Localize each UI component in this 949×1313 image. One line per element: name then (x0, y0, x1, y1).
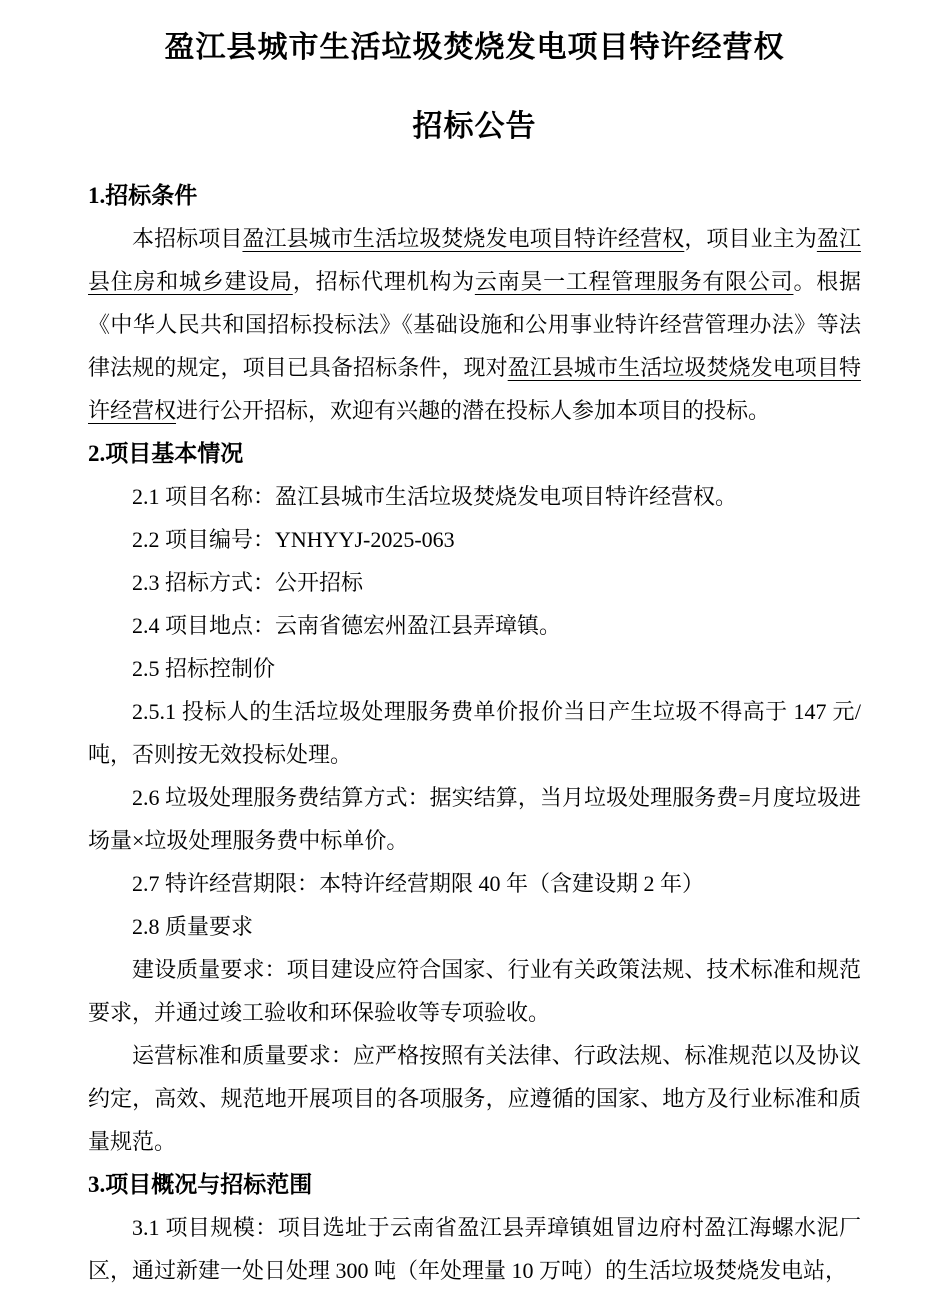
section-2-heading: 2.项目基本情况 (88, 432, 861, 475)
underlined-project-name: 盈江县城市生活垃圾焚烧发电项目特许经营权 (242, 226, 684, 251)
item-quality-requirements-heading: 2.8 质量要求 (88, 905, 861, 948)
section-1-heading: 1.招标条件 (88, 174, 861, 217)
item-settlement-method: 2.6 垃圾处理服务费结算方式：据实结算，当月垃圾处理服务费=月度垃圾进场量×垃… (88, 776, 861, 862)
item-project-name: 2.1 项目名称：盈江县城市生活垃圾焚烧发电项目特许经营权。 (88, 475, 861, 518)
text-segment: 本招标项目 (132, 226, 242, 251)
document-subtitle: 招标公告 (88, 63, 861, 142)
item-project-number: 2.2 项目编号：YNHYYJ-2025-063 (88, 518, 861, 561)
text-segment: ，招标代理机构为 (293, 269, 475, 294)
text-segment: ，项目业主为 (684, 226, 817, 251)
underlined-agency-name: 云南昊一工程管理服务有限公司 (475, 269, 794, 294)
item-franchise-period: 2.7 特许经营期限：本特许经营期限 40 年（含建设期 2 年） (88, 862, 861, 905)
item-construction-quality: 建设质量要求：项目建设应符合国家、行业有关政策法规、技术标准和规范要求，并通过竣… (88, 948, 861, 1034)
document-title: 盈江县城市生活垃圾焚烧发电项目特许经营权 (88, 0, 861, 63)
section-3-heading: 3.项目概况与招标范围 (88, 1163, 861, 1206)
item-price-control-detail: 2.5.1 投标人的生活垃圾处理服务费单价报价当日产生垃圾不得高于 147 元/… (88, 690, 861, 776)
item-bidding-method: 2.3 招标方式：公开招标 (88, 561, 861, 604)
item-price-control-heading: 2.5 招标控制价 (88, 647, 861, 690)
document-page: 盈江县城市生活垃圾焚烧发电项目特许经营权 招标公告 1.招标条件 本招标项目盈江… (88, 0, 861, 1313)
text-segment: 进行公开招标，欢迎有兴趣的潜在投标人参加本项目的投标。 (176, 398, 770, 423)
item-operation-quality: 运营标准和质量要求：应严格按照有关法律、行政法规、标准规范以及协议约定，高效、规… (88, 1034, 861, 1163)
item-project-scale: 3.1 项目规模：项目选址于云南省盈江县弄璋镇姐冒边府村盈江海螺水泥厂区，通过新… (88, 1206, 861, 1292)
item-project-location: 2.4 项目地点：云南省德宏州盈江县弄璋镇。 (88, 604, 861, 647)
section-1-paragraph: 本招标项目盈江县城市生活垃圾焚烧发电项目特许经营权，项目业主为盈江县住房和城乡建… (88, 217, 861, 432)
